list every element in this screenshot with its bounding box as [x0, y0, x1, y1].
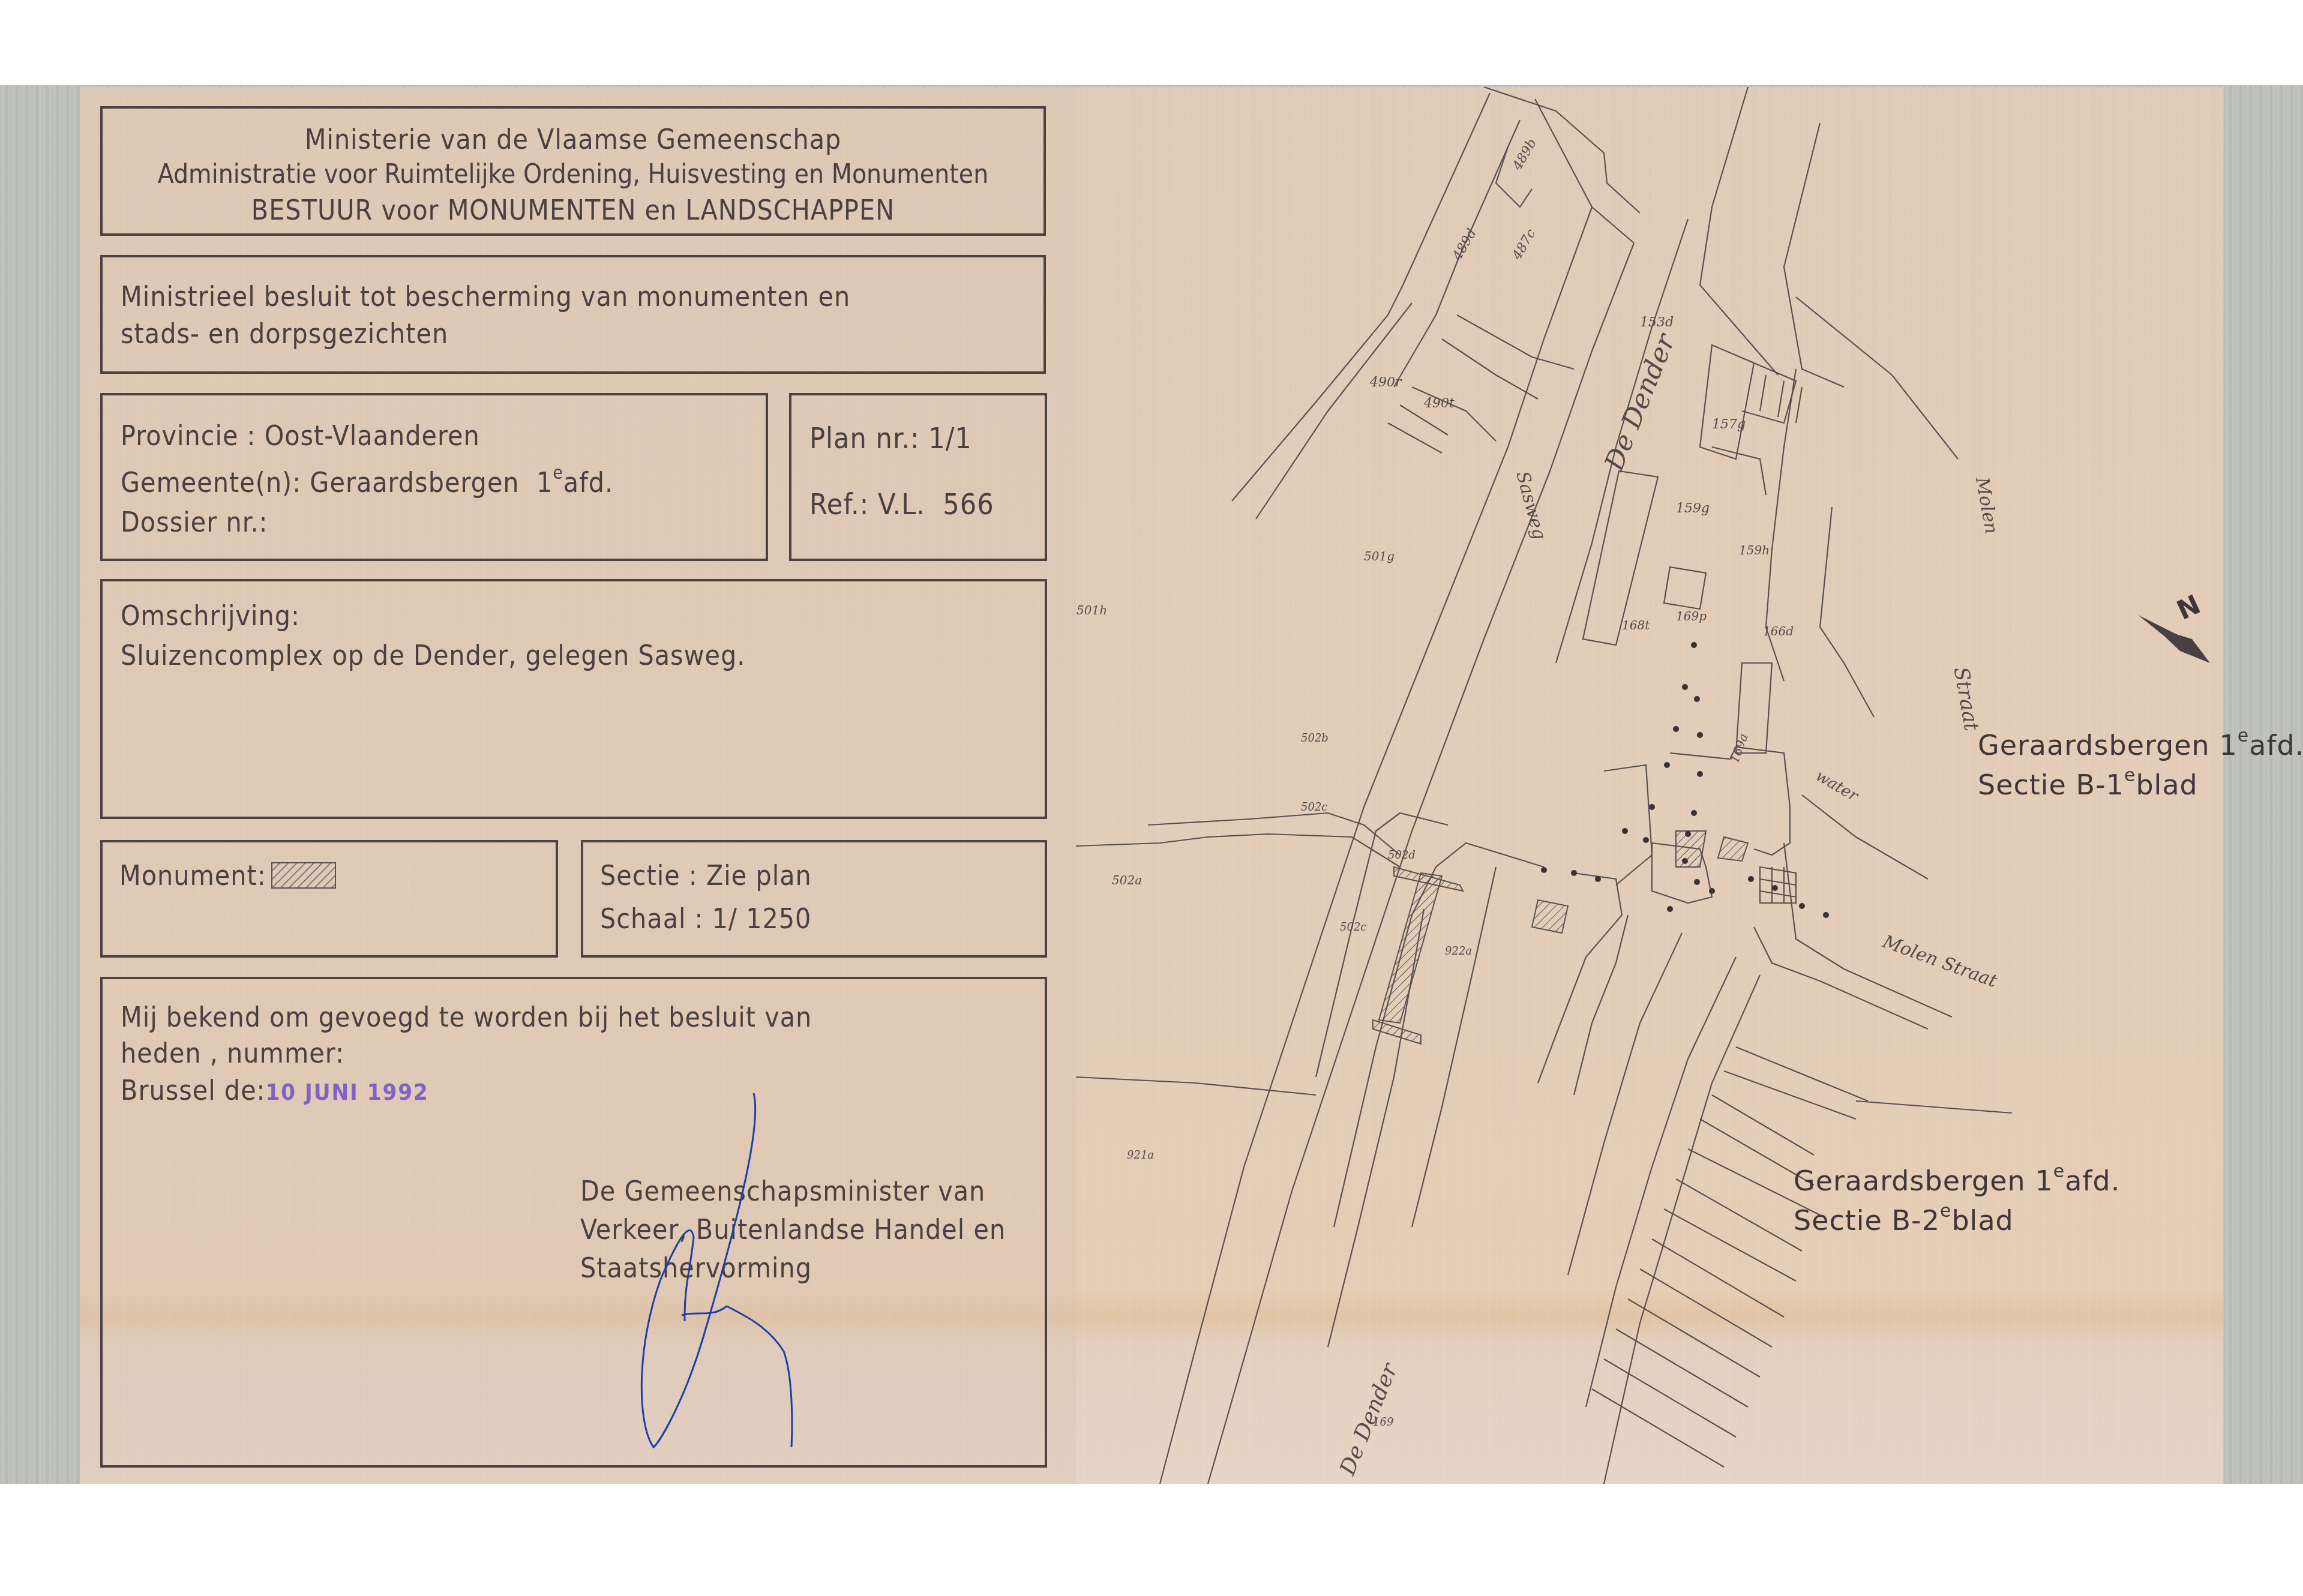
schaal-row: Schaal : 1/ 1250 — [600, 902, 811, 935]
sectie-value: Zie plan — [706, 859, 812, 892]
parcel-label: 502b — [1301, 732, 1329, 745]
schaal-label: Schaal : — [600, 902, 704, 935]
monument-label: Monument: — [119, 859, 266, 892]
parcel-label: 502c — [1301, 801, 1327, 814]
date-stamp: 10 JUNI 1992 — [266, 1079, 429, 1105]
description-label: Omschrijving: — [121, 599, 300, 632]
provincie-label: Provincie : — [121, 419, 256, 452]
gemeente-ordinal-sup: e — [553, 463, 563, 484]
administration-name: Administratie voor Ruimtelijke Ordening,… — [103, 159, 1043, 190]
ministry-header-box: Ministerie van de Vlaamse Gemeenschap Ad… — [100, 106, 1046, 236]
monument-hatch-icon — [271, 862, 336, 889]
sheet1-ordinal-sup: e — [2238, 725, 2249, 746]
sheet2-ordinal-sup: e — [2053, 1161, 2065, 1182]
description-text: Sluizencomplex op de Dender, gelegen Sas… — [121, 639, 745, 671]
sheet1-suffix: afd. — [2249, 729, 2303, 761]
parcel-label: 501h — [1076, 603, 1107, 617]
parcel-label: 490t — [1424, 396, 1455, 411]
gemeente-value: Geraardsbergen — [310, 466, 519, 499]
sheet1-name: Geraardsbergen — [1978, 729, 2210, 761]
gemeente-ordinal: 1 — [536, 466, 553, 499]
ref-label: Ref.: — [809, 488, 869, 521]
approval-line1: Mij bekend om gevoegd te worden bij het … — [121, 1001, 812, 1033]
provincie-value: Oost-Vlaanderen — [265, 419, 480, 452]
parcel-label: 501g — [1364, 549, 1395, 563]
sheet1-section: Sectie B-1 — [1978, 769, 2124, 801]
provincie-row: Provincie : Oost-Vlaanderen — [121, 419, 480, 452]
ref-row: Ref.: V.L. 566 — [809, 488, 994, 521]
parcel-label: 168t — [1622, 618, 1650, 632]
parcel-label: 502c — [1340, 921, 1366, 934]
sheet2-line1: Geraardsbergen 1eafd. — [1794, 1161, 2120, 1197]
cadastral-map: N Geraardsbergen 1eafd. Sectie B-1eblad … — [1076, 87, 2223, 1484]
sectie-row: Sectie : Zie plan — [600, 859, 812, 892]
decree-title-line1: Ministrieel besluit tot bescherming van … — [121, 280, 850, 313]
sheet2-section: Sectie B-2 — [1794, 1204, 1940, 1237]
sheet2-name: Geraardsbergen — [1794, 1165, 2026, 1197]
parcel-label: 502a — [1112, 873, 1142, 887]
sheet1-label: Geraardsbergen 1eafd. Sectie B-1eblad — [1978, 725, 2303, 801]
sheet2-suffix: afd. — [2065, 1165, 2120, 1197]
sheet1-section-sup: e — [2124, 765, 2136, 786]
sheet2-label: Geraardsbergen 1eafd. Sectie B-2eblad — [1794, 1161, 2120, 1237]
schaal-value: 1/ 1250 — [712, 902, 812, 935]
sheet2-line2: Sectie B-2eblad — [1794, 1201, 2120, 1237]
place-label: Brussel de: — [121, 1074, 266, 1106]
parcel-label: 166d — [1763, 624, 1794, 638]
sheet2-ordinal: 1 — [2035, 1165, 2053, 1197]
approval-box: Mij bekend om gevoegd te worden bij het … — [100, 977, 1047, 1468]
parcel-label: 153d — [1640, 315, 1674, 330]
parcel-label: 490r — [1370, 375, 1402, 390]
parcel-label: 169p — [1676, 609, 1707, 623]
gemeente-suffix: afd. — [563, 466, 613, 499]
north-arrow-icon — [2138, 615, 2210, 663]
location-box: Provincie : Oost-Vlaanderen Gemeente(n):… — [100, 393, 768, 561]
dossier-row: Dossier nr.: — [121, 506, 268, 538]
section-scale-box: Sectie : Zie plan Schaal : 1/ 1250 — [581, 840, 1047, 958]
description-box: Omschrijving: Sluizencomplex op de Dende… — [100, 579, 1047, 819]
sheet1-sheet: blad — [2136, 769, 2197, 801]
monument-legend-box: Monument: — [100, 840, 558, 958]
parcel-label: 159h — [1739, 543, 1770, 557]
sheet2-section-sup: e — [1940, 1201, 1951, 1222]
approval-date-row: Brussel de:10 JUNI 1992 — [121, 1074, 429, 1106]
sheet2-sheet: blad — [1951, 1204, 2013, 1237]
sheet1-line2: Sectie B-1eblad — [1978, 765, 2303, 801]
decree-title-box: Ministrieel besluit tot bescherming van … — [100, 255, 1046, 374]
handwritten-signature-icon — [613, 1087, 829, 1459]
parcel-label: 159g — [1676, 501, 1710, 516]
department-name: BESTUUR voor MONUMENTEN en LANDSCHAPPEN — [103, 194, 1043, 226]
plan-value: 1/1 — [928, 422, 972, 455]
ministry-name: Ministerie van de Vlaamse Gemeenschap — [103, 123, 1043, 155]
decree-title-line2: stads- en dorpsgezichten — [121, 317, 448, 350]
dossier-label: Dossier nr.: — [121, 506, 268, 538]
parcel-label: 502d — [1388, 849, 1416, 862]
parcel-label: 169 — [1373, 1416, 1393, 1429]
plan-row: Plan nr.: 1/1 — [809, 422, 972, 455]
ref-value: V.L. 566 — [878, 488, 994, 521]
sheet1-ordinal: 1 — [2219, 729, 2237, 761]
monument-legend-row: Monument: — [119, 859, 336, 892]
plan-label: Plan nr.: — [809, 422, 920, 455]
parcel-label: 921a — [1127, 1149, 1154, 1162]
sheet1-line1: Geraardsbergen 1eafd. — [1978, 725, 2303, 761]
gemeente-row: Gemeente(n): Geraardsbergen 1eafd. — [121, 463, 613, 499]
sectie-label: Sectie : — [600, 859, 698, 892]
document-sheet: Ministerie van de Vlaamse Gemeenschap Ad… — [80, 87, 2223, 1484]
parcel-label: 157g — [1712, 417, 1746, 432]
plan-box: Plan nr.: 1/1 Ref.: V.L. 566 — [789, 393, 1047, 561]
parcel-label: 922a — [1445, 945, 1472, 958]
approval-line2: heden , nummer: — [121, 1037, 344, 1069]
gemeente-label: Gemeente(n): — [121, 466, 301, 499]
